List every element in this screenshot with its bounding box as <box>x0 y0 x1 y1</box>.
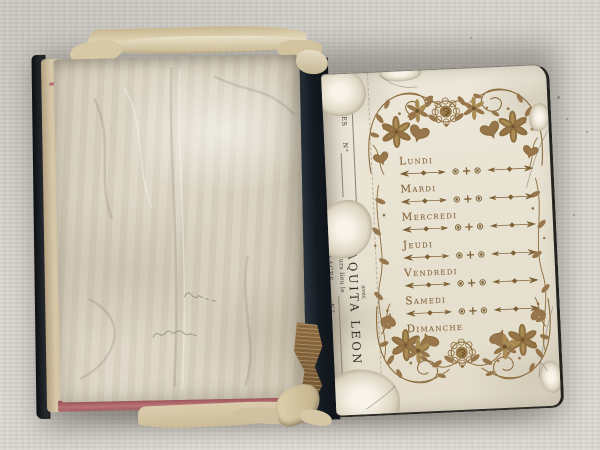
fabric-speck <box>586 131 588 133</box>
fabric-speck <box>566 118 568 120</box>
fabric-speck <box>573 214 575 216</box>
photo-of-antique-ticket-book: { "colors": { "background_fabric": "#d7d… <box>0 0 600 450</box>
page-cracks <box>321 65 561 416</box>
handwriting-mark <box>146 284 237 356</box>
left-page <box>53 54 306 402</box>
right-page: M 2 PLACES N° avec PAQUITA LEON qui aura… <box>321 64 564 418</box>
fabric-speck <box>557 96 560 99</box>
fabric-speck <box>470 37 472 39</box>
